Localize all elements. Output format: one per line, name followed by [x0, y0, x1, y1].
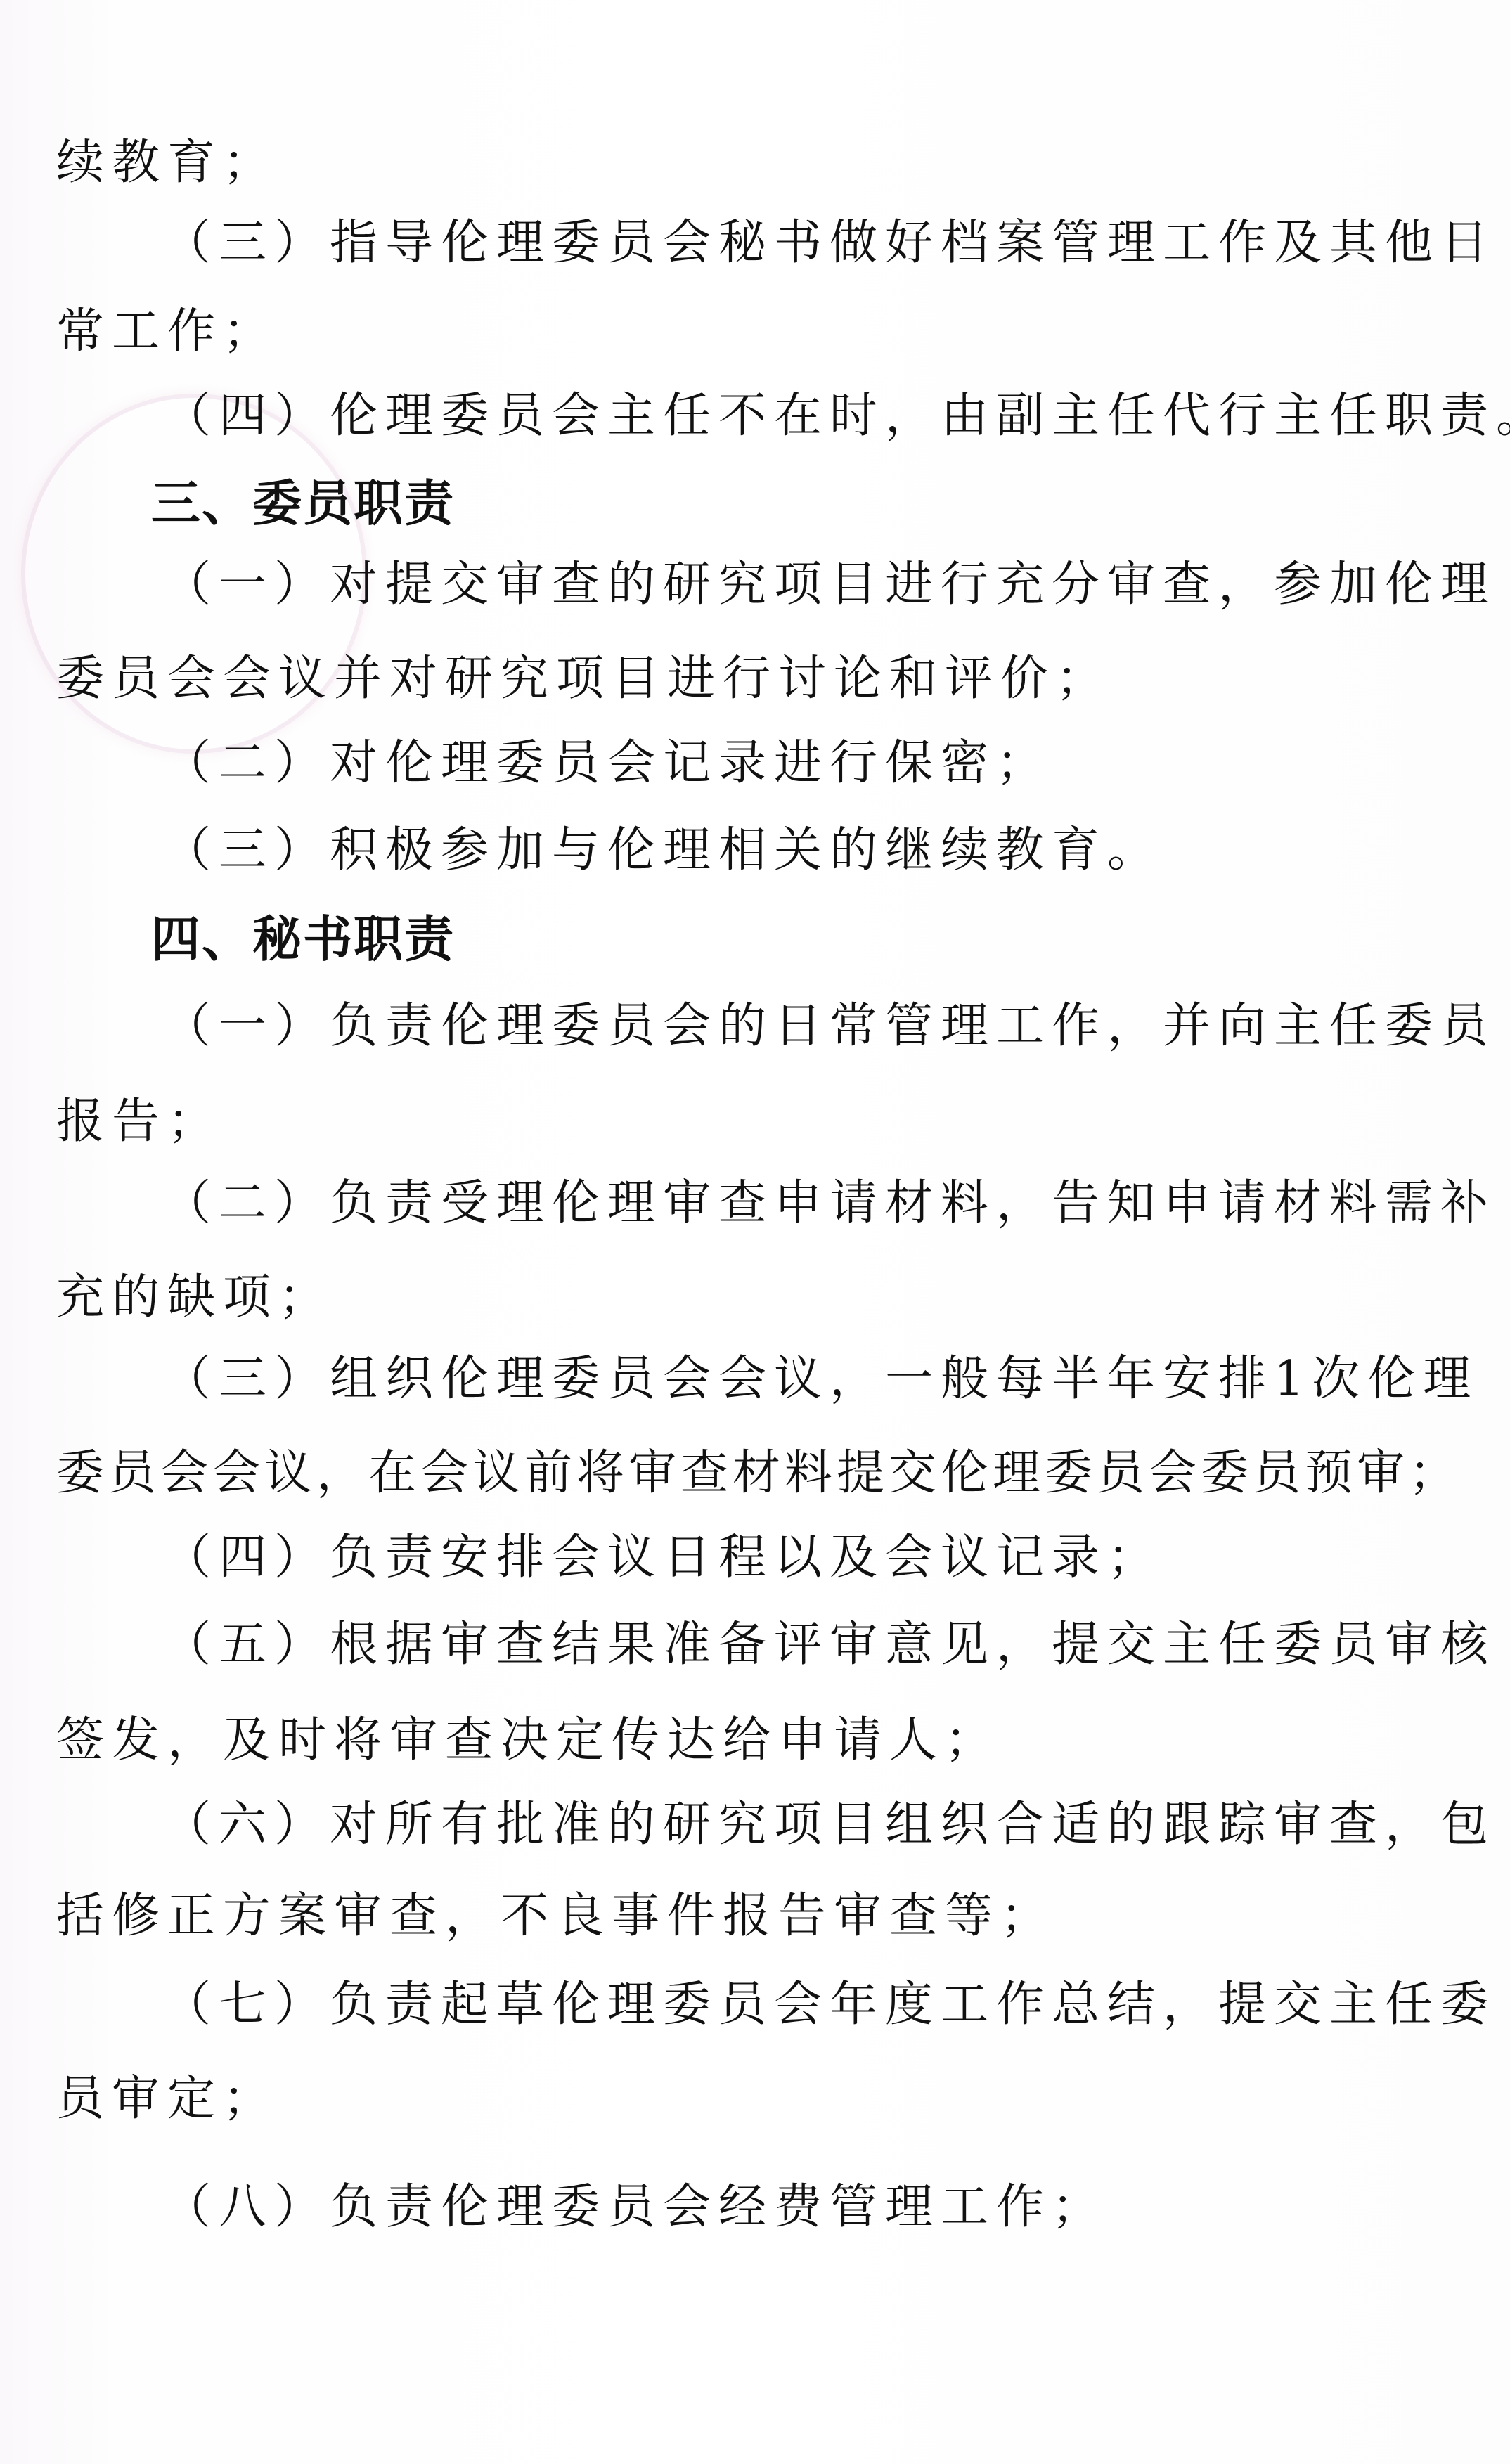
text-line-continuation: 括修正方案审查，不良事件报告审查等； [56, 1888, 1056, 1944]
text-line-continuation: 签发，及时将审查决定传达给申请人； [56, 1712, 1000, 1769]
text-line-continuation: 报告； [56, 1094, 223, 1150]
text-line-continuation: 委员会会议，在会议前将审查材料提交伦理委员会委员预审； [56, 1445, 1461, 1502]
text-line-continuation: 常工作； [56, 304, 278, 360]
text-line-paragraph: （三）指导伦理委员会秘书做好档案管理工作及其他日 [163, 215, 1496, 271]
section-heading-secretary-duties: 四、秘书职责 [151, 911, 455, 967]
text-line-paragraph: （一）负责伦理委员会的日常管理工作，并向主任委员 [163, 998, 1496, 1054]
document-page: 续教育； （三）指导伦理委员会秘书做好档案管理工作及其他日 常工作； （四）伦理… [0, 0, 1510, 2464]
text-line-paragraph: （三）积极参加与伦理相关的继续教育。 [163, 823, 1163, 879]
text-line-paragraph: （四）负责安排会议日程以及会议记录； [163, 1530, 1163, 1586]
text-line-paragraph: （二）负责受理伦理审查申请材料，告知申请材料需补 [163, 1175, 1496, 1232]
text-line-paragraph: （六）对所有批准的研究项目组织合适的跟踪审查，包 [163, 1797, 1496, 1853]
text-line-paragraph: （一）对提交审查的研究项目进行充分审查，参加伦理 [163, 557, 1496, 613]
section-heading-member-duties: 三、委员职责 [151, 475, 455, 531]
text-line-paragraph: （五）根据审查结果准备评审意见，提交主任委员审核 [163, 1617, 1496, 1673]
text-line-continuation: 续教育； [56, 135, 278, 191]
text-line-paragraph: （二）对伦理委员会记录进行保密； [163, 735, 1052, 792]
text-line-paragraph: （四）伦理委员会主任不在时，由副主任代行主任职责。 [163, 388, 1510, 444]
text-line-paragraph: （三）组织伦理委员会会议，一般每半年安排1次伦理 [163, 1351, 1478, 1407]
text-line-continuation: 员审定； [56, 2071, 278, 2127]
text-line-continuation: 委员会会议并对研究项目进行讨论和评价； [56, 651, 1111, 707]
text-line-continuation: 充的缺项； [56, 1270, 334, 1326]
text-line-paragraph: （八）负责伦理委员会经费管理工作； [163, 2179, 1107, 2236]
text-line-paragraph: （七）负责起草伦理委员会年度工作总结，提交主任委 [163, 1977, 1496, 2033]
